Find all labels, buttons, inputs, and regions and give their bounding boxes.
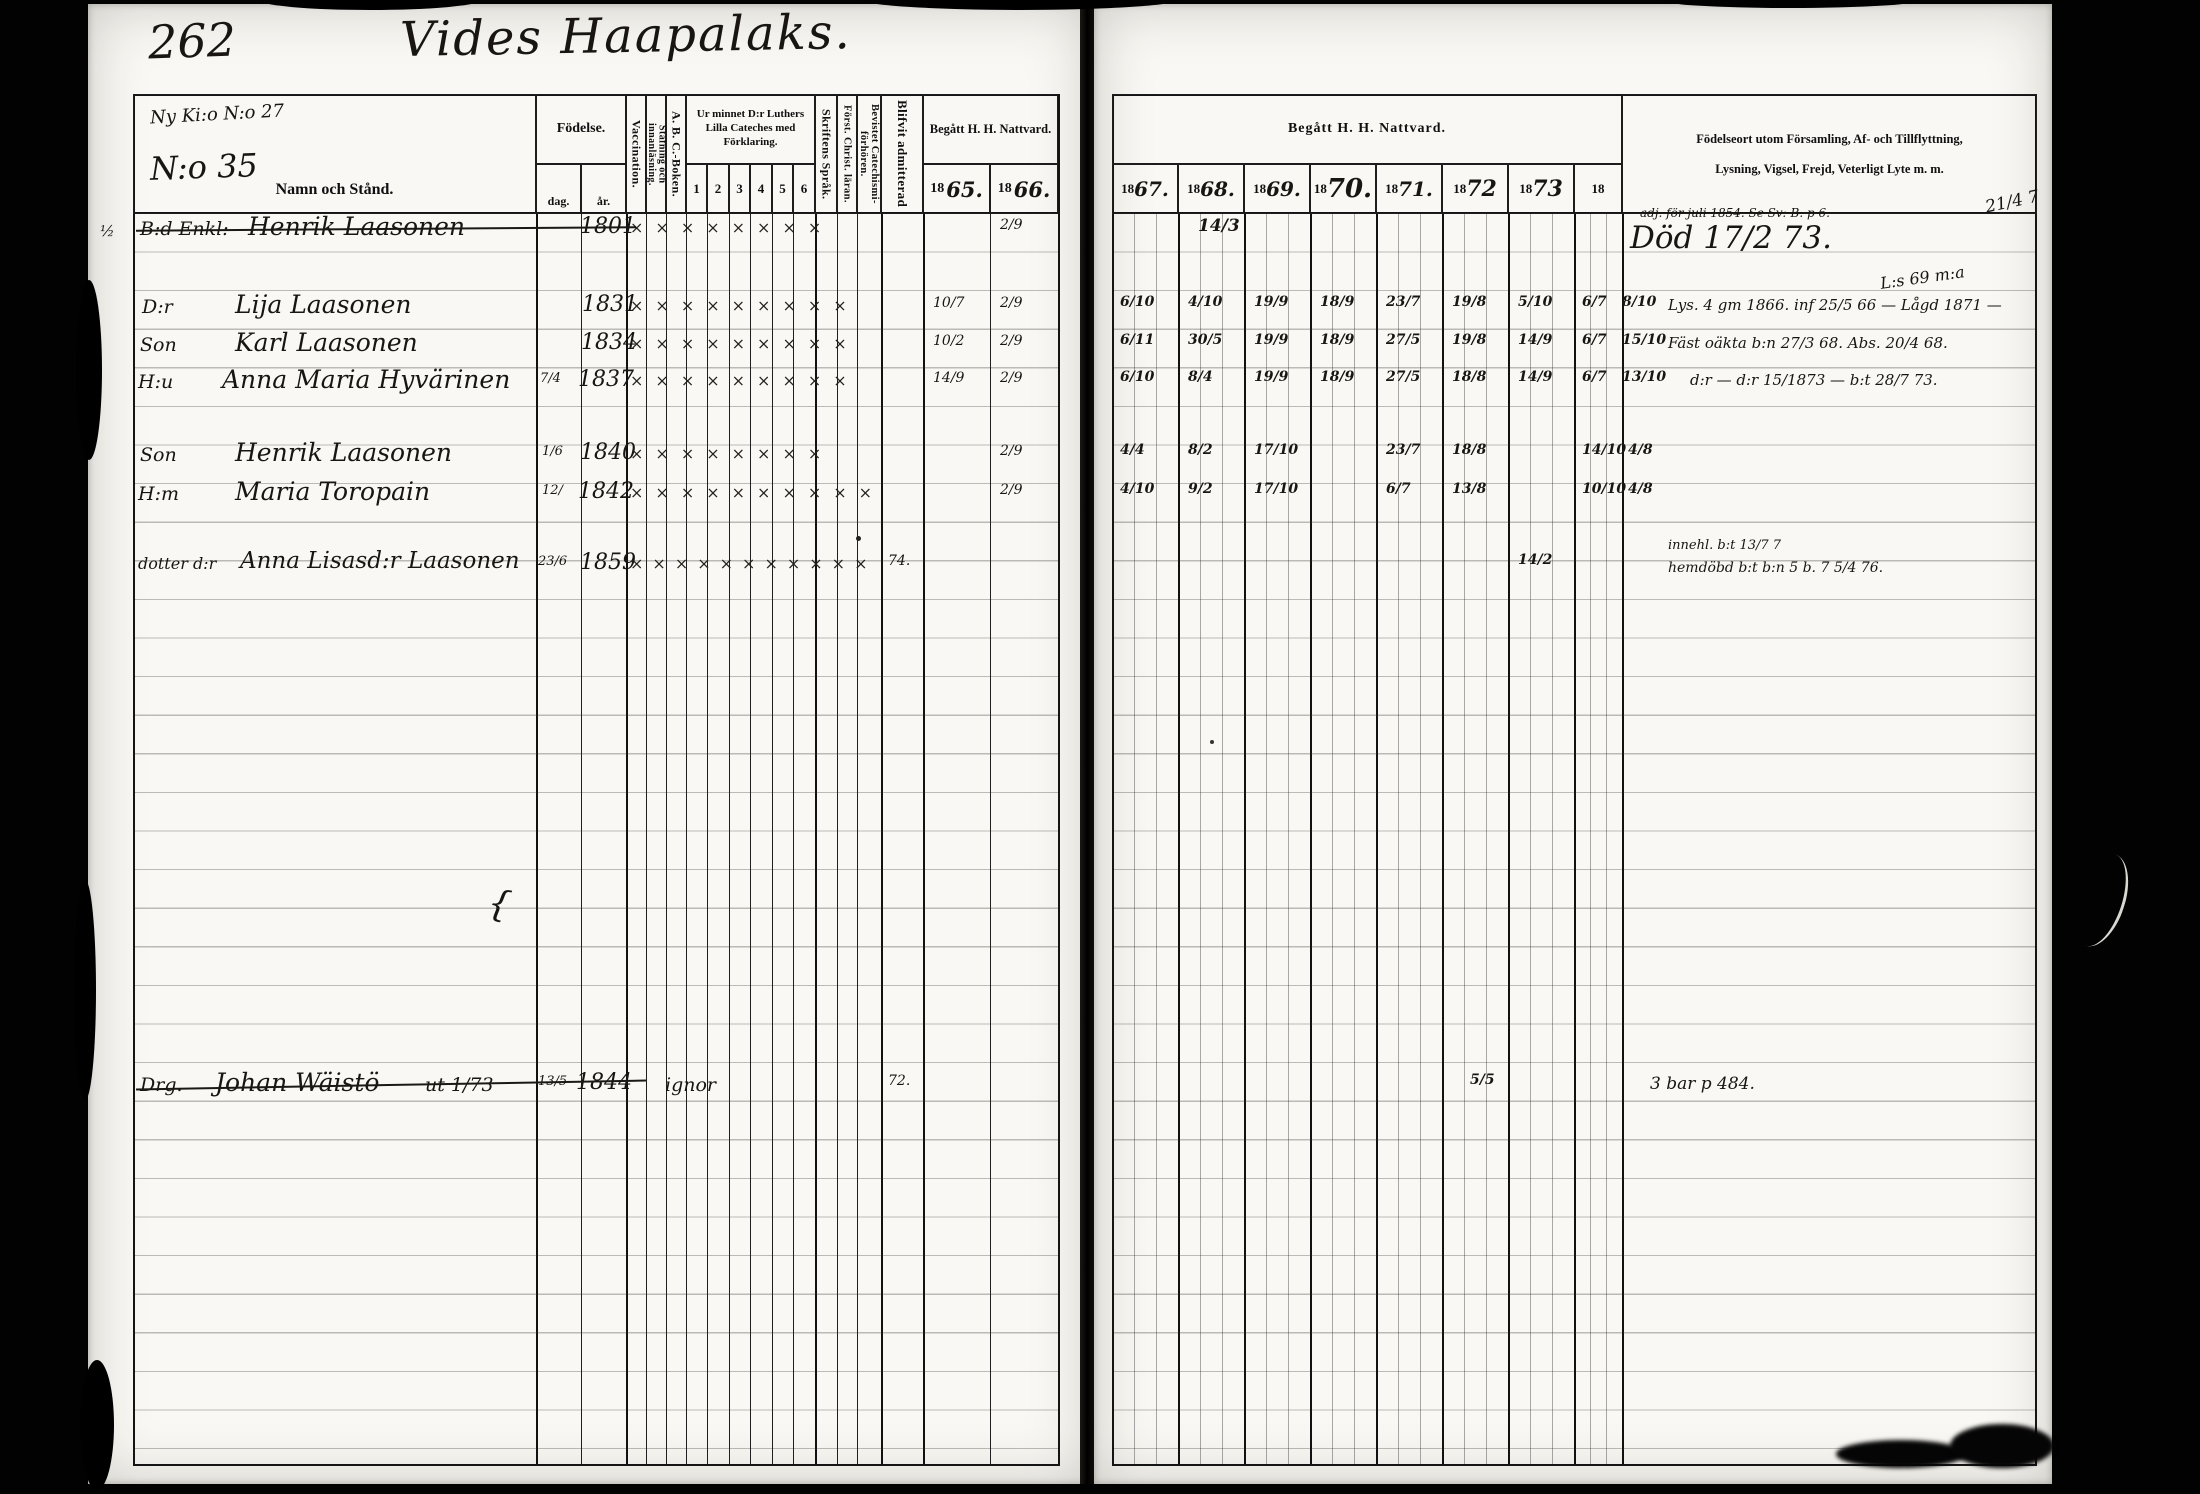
communion-mark: 18/9: [1320, 332, 1354, 348]
margin-note: Fäst oäkta b:n 27/3 68. Abs. 20/4 68.: [1668, 334, 1948, 352]
scan-edge-blob: [76, 280, 102, 460]
year-cell-blank: 18: [1574, 164, 1622, 214]
name-header-label: Namn och Stånd.: [276, 181, 394, 199]
margin-note: hemdöbd b:t b:n 5 b. 7 5/4 76.: [1668, 560, 1883, 576]
admitted-label: Blifvit admitterad: [895, 100, 909, 207]
cateches-3: 3: [736, 181, 743, 197]
year-cell-1868: 1868.: [1178, 164, 1244, 214]
scan-edge-squiggle: [2062, 847, 2138, 953]
ink-speck: [856, 536, 861, 541]
ink-stain: [1836, 1440, 1966, 1468]
communion-row: 6/10 4/10 19/9 18/9 23/7 19/8 5/10 6/7 8…: [0, 290, 2200, 330]
year-cell-1867: 1867.: [1112, 164, 1178, 214]
year-hand: 72: [1466, 176, 1497, 202]
year-printed: 18: [1519, 181, 1532, 197]
col-header-reading: Stafning och innanläsning.: [646, 94, 666, 214]
communion-mark: 14/2: [1518, 552, 1552, 568]
communion-mark: 6/7: [1386, 481, 1411, 497]
communion-mark: 6/10: [1120, 294, 1154, 310]
communion-row: 4/10 9/2 17/10 6/7 13/8 10/10 4/8: [0, 477, 2200, 517]
margin-note: innehl. b:t 13/7 7: [1668, 538, 1781, 553]
death-note: Död 17/2 73.: [1630, 220, 1832, 256]
margin-note: d:r — d:r 15/1873 — b:t 28/7 73.: [1690, 371, 1938, 389]
notes-header-line2: Lysning, Vigsel, Frejd, Veterligt Lyte m…: [1715, 154, 1944, 184]
cateches-1: 1: [693, 181, 700, 197]
year-printed: 18: [1385, 181, 1398, 197]
year-cell-1865: 18 65.: [923, 164, 990, 214]
communion-row: 5/5 3 bar p 484.: [0, 1068, 2200, 1108]
col-header-birth-year: år.: [581, 164, 626, 214]
communion-mark: 4/4: [1120, 442, 1145, 458]
communion-mark: 14/9: [1518, 332, 1552, 348]
year-printed: 18: [1253, 181, 1266, 197]
communion-mark: 9/2: [1188, 481, 1213, 497]
cateches-col-1: 1: [686, 164, 707, 214]
communion-mark: 19/9: [1254, 369, 1288, 385]
cateches-col-2: 2: [707, 164, 729, 214]
communion-mark-extra: 8/10: [1622, 294, 1656, 310]
cateches-5: 5: [779, 181, 786, 197]
page-title: Vides Haapalaks.: [400, 4, 852, 68]
communion-row: 6/11 30/5 19/9 18/9 27/5 19/8 14/9 6/7 1…: [0, 328, 2200, 368]
cateches-6: 6: [801, 181, 808, 197]
communion-mark: 19/9: [1254, 332, 1288, 348]
col-header-vaccination: Vaccination.: [626, 94, 646, 214]
ink-stain: [1950, 1424, 2054, 1468]
communion-mark: 6/7: [1582, 294, 1607, 310]
col-header-admitted: Blifvit admitterad: [881, 94, 923, 214]
communion-mark: 6/7: [1582, 332, 1607, 348]
col-header-script: Skriftens Språk.: [815, 94, 837, 214]
year-hand: 69.: [1266, 177, 1301, 201]
communion-mark: 6/10: [1120, 369, 1154, 385]
communion-mark: 13/8: [1452, 481, 1486, 497]
col-header-notes: Födelseort utom Församling, Af- och Till…: [1622, 94, 2037, 214]
scan-edge-blob: [80, 1360, 114, 1490]
household-number: N:o 35: [149, 146, 258, 188]
communion-row: 6/10 8/4 19/9 18/9 27/5 18/8 14/9 6/7 13…: [0, 365, 2200, 405]
communion-mark: 17/10: [1254, 481, 1298, 497]
communion-mark-extra: 4/8: [1628, 481, 1653, 497]
communion-mark: 4/10: [1188, 294, 1222, 310]
year-printed: 18: [1453, 181, 1466, 197]
christ-label: Först. Christ. läran.: [841, 105, 852, 203]
communion-mark: 6/11: [1120, 332, 1154, 348]
reading-label: Stafning och innanläsning.: [646, 95, 667, 213]
cateches-col-5: 5: [772, 164, 793, 214]
year-cell-1873: 1873: [1508, 164, 1574, 214]
year-1866-printed: 18: [998, 181, 1012, 197]
year-cell-1871: 1871.: [1376, 164, 1442, 214]
cateches-col-4: 4: [750, 164, 772, 214]
communion-mark: 19/8: [1452, 294, 1486, 310]
year-hand: 71.: [1398, 177, 1433, 201]
year-hand: 73: [1532, 176, 1563, 202]
communion-mark: 23/7: [1386, 442, 1420, 458]
communion-label-left: Begått H. H. Nattvard.: [930, 122, 1052, 137]
communion-mark: 23/7: [1386, 294, 1420, 310]
communion-mark: 4/10: [1120, 481, 1154, 497]
year-printed: 18: [1187, 181, 1200, 197]
col-header-abc: A. B. C.-Boken.: [666, 94, 686, 214]
year-label: år.: [597, 194, 610, 209]
cateches-col-3: 3: [729, 164, 750, 214]
communion-mark: 18/8: [1452, 369, 1486, 385]
col-header-cateches: Ur minnet D:r Luthers Lilla Cateches med…: [686, 94, 815, 164]
vaccination-label: Vaccination.: [630, 120, 643, 188]
communion-row: 14/2 innehl. b:t 13/7 7 hemdöbd b:t b:n …: [0, 548, 2200, 588]
communion-mark: 27/5: [1386, 332, 1420, 348]
communion-row: 4/4 8/2 17/10 23/7 18/8 14/10 4/8: [0, 438, 2200, 478]
communion-mark: 18/8: [1452, 442, 1486, 458]
col-header-birth: Födelse.: [536, 94, 626, 164]
col-header-communion-right: Begått H. H. Nattvard.: [1112, 94, 1622, 164]
cateches-4: 4: [758, 181, 765, 197]
communion-mark: 5/5: [1470, 1072, 1495, 1088]
cateches-col-6: 6: [793, 164, 815, 214]
exams-label: Bevistet Catechismi-förhören.: [858, 95, 880, 213]
year-hand: 67.: [1134, 177, 1169, 201]
communion-mark: 6/7: [1582, 369, 1607, 385]
margin-note-small: adj. för juli 1854. Se Sv: B. p 6.: [1640, 206, 1830, 220]
script-label: Skriftens Språk.: [820, 109, 833, 199]
year-cell-1872: 1872: [1442, 164, 1508, 214]
communion-mark: 10/10: [1582, 481, 1626, 497]
year-printed: 18: [1592, 181, 1605, 197]
col-header-communion-left: Begått H. H. Nattvard.: [923, 94, 1058, 164]
communion-mark: 19/8: [1452, 332, 1486, 348]
communion-label-right: Begått H. H. Nattvard.: [1288, 121, 1446, 137]
communion-mark: 18/9: [1320, 294, 1354, 310]
year-printed: 18: [1121, 181, 1134, 197]
communion-row: 14/3 adj. för juli 1854. Se Sv: B. p 6. …: [0, 212, 2200, 252]
year-cell-1869: 1869.: [1244, 164, 1310, 214]
birth-header-label: Födelse.: [557, 121, 606, 137]
year-hand: 70.: [1327, 174, 1372, 204]
communion-mark: 19/9: [1254, 294, 1288, 310]
communion-mark: 18/9: [1320, 369, 1354, 385]
year-cell-1866: 18 66.: [990, 164, 1058, 214]
year-hand: 68.: [1200, 177, 1235, 201]
communion-mark: 27/5: [1386, 369, 1420, 385]
year-1865-hand: 65.: [946, 177, 983, 202]
abc-label: A. B. C.-Boken.: [670, 111, 683, 197]
communion-mark-extra: 15/10: [1622, 332, 1666, 348]
page-number: 262: [147, 12, 237, 69]
communion-mark: 14/3: [1198, 216, 1240, 236]
cateches-2: 2: [715, 181, 722, 197]
communion-mark: 30/5: [1188, 332, 1222, 348]
communion-mark-extra: 4/8: [1628, 442, 1653, 458]
col-header-birth-day: dag.: [536, 164, 581, 214]
margin-note: 3 bar p 484.: [1650, 1074, 1755, 1094]
communion-mark: 8/4: [1188, 369, 1213, 385]
communion-mark: 14/9: [1518, 369, 1552, 385]
scan-edge-blob: [74, 880, 96, 1100]
year-cell-1870: 1870.: [1310, 164, 1376, 214]
margin-note: Lys. 4 gm 1866. inf 25/5 66 — Lågd 1871 …: [1668, 296, 2002, 314]
communion-mark: 8/2: [1188, 442, 1213, 458]
ink-speck: [1210, 740, 1214, 744]
communion-mark: 5/10: [1518, 294, 1552, 310]
day-label: dag.: [548, 194, 570, 209]
year-1865-printed: 18: [930, 181, 944, 197]
year-1866-hand: 66.: [1014, 177, 1051, 202]
cateches-label: Ur minnet D:r Luthers Lilla Cateches med…: [689, 108, 812, 149]
col-header-exams: Bevistet Catechismi-förhören.: [857, 94, 881, 214]
communion-mark: 17/10: [1254, 442, 1298, 458]
communion-mark: 14/10: [1582, 442, 1626, 458]
scanned-church-record: 262 Vides Haapalaks. Namn och Stånd. Ny …: [0, 0, 2200, 1494]
notes-header-line1: Födelseort utom Församling, Af- och Till…: [1696, 124, 1963, 154]
col-header-christ: Först. Christ. läran.: [837, 94, 857, 214]
year-printed: 18: [1314, 181, 1327, 197]
communion-mark-extra: 13/10: [1622, 369, 1666, 385]
